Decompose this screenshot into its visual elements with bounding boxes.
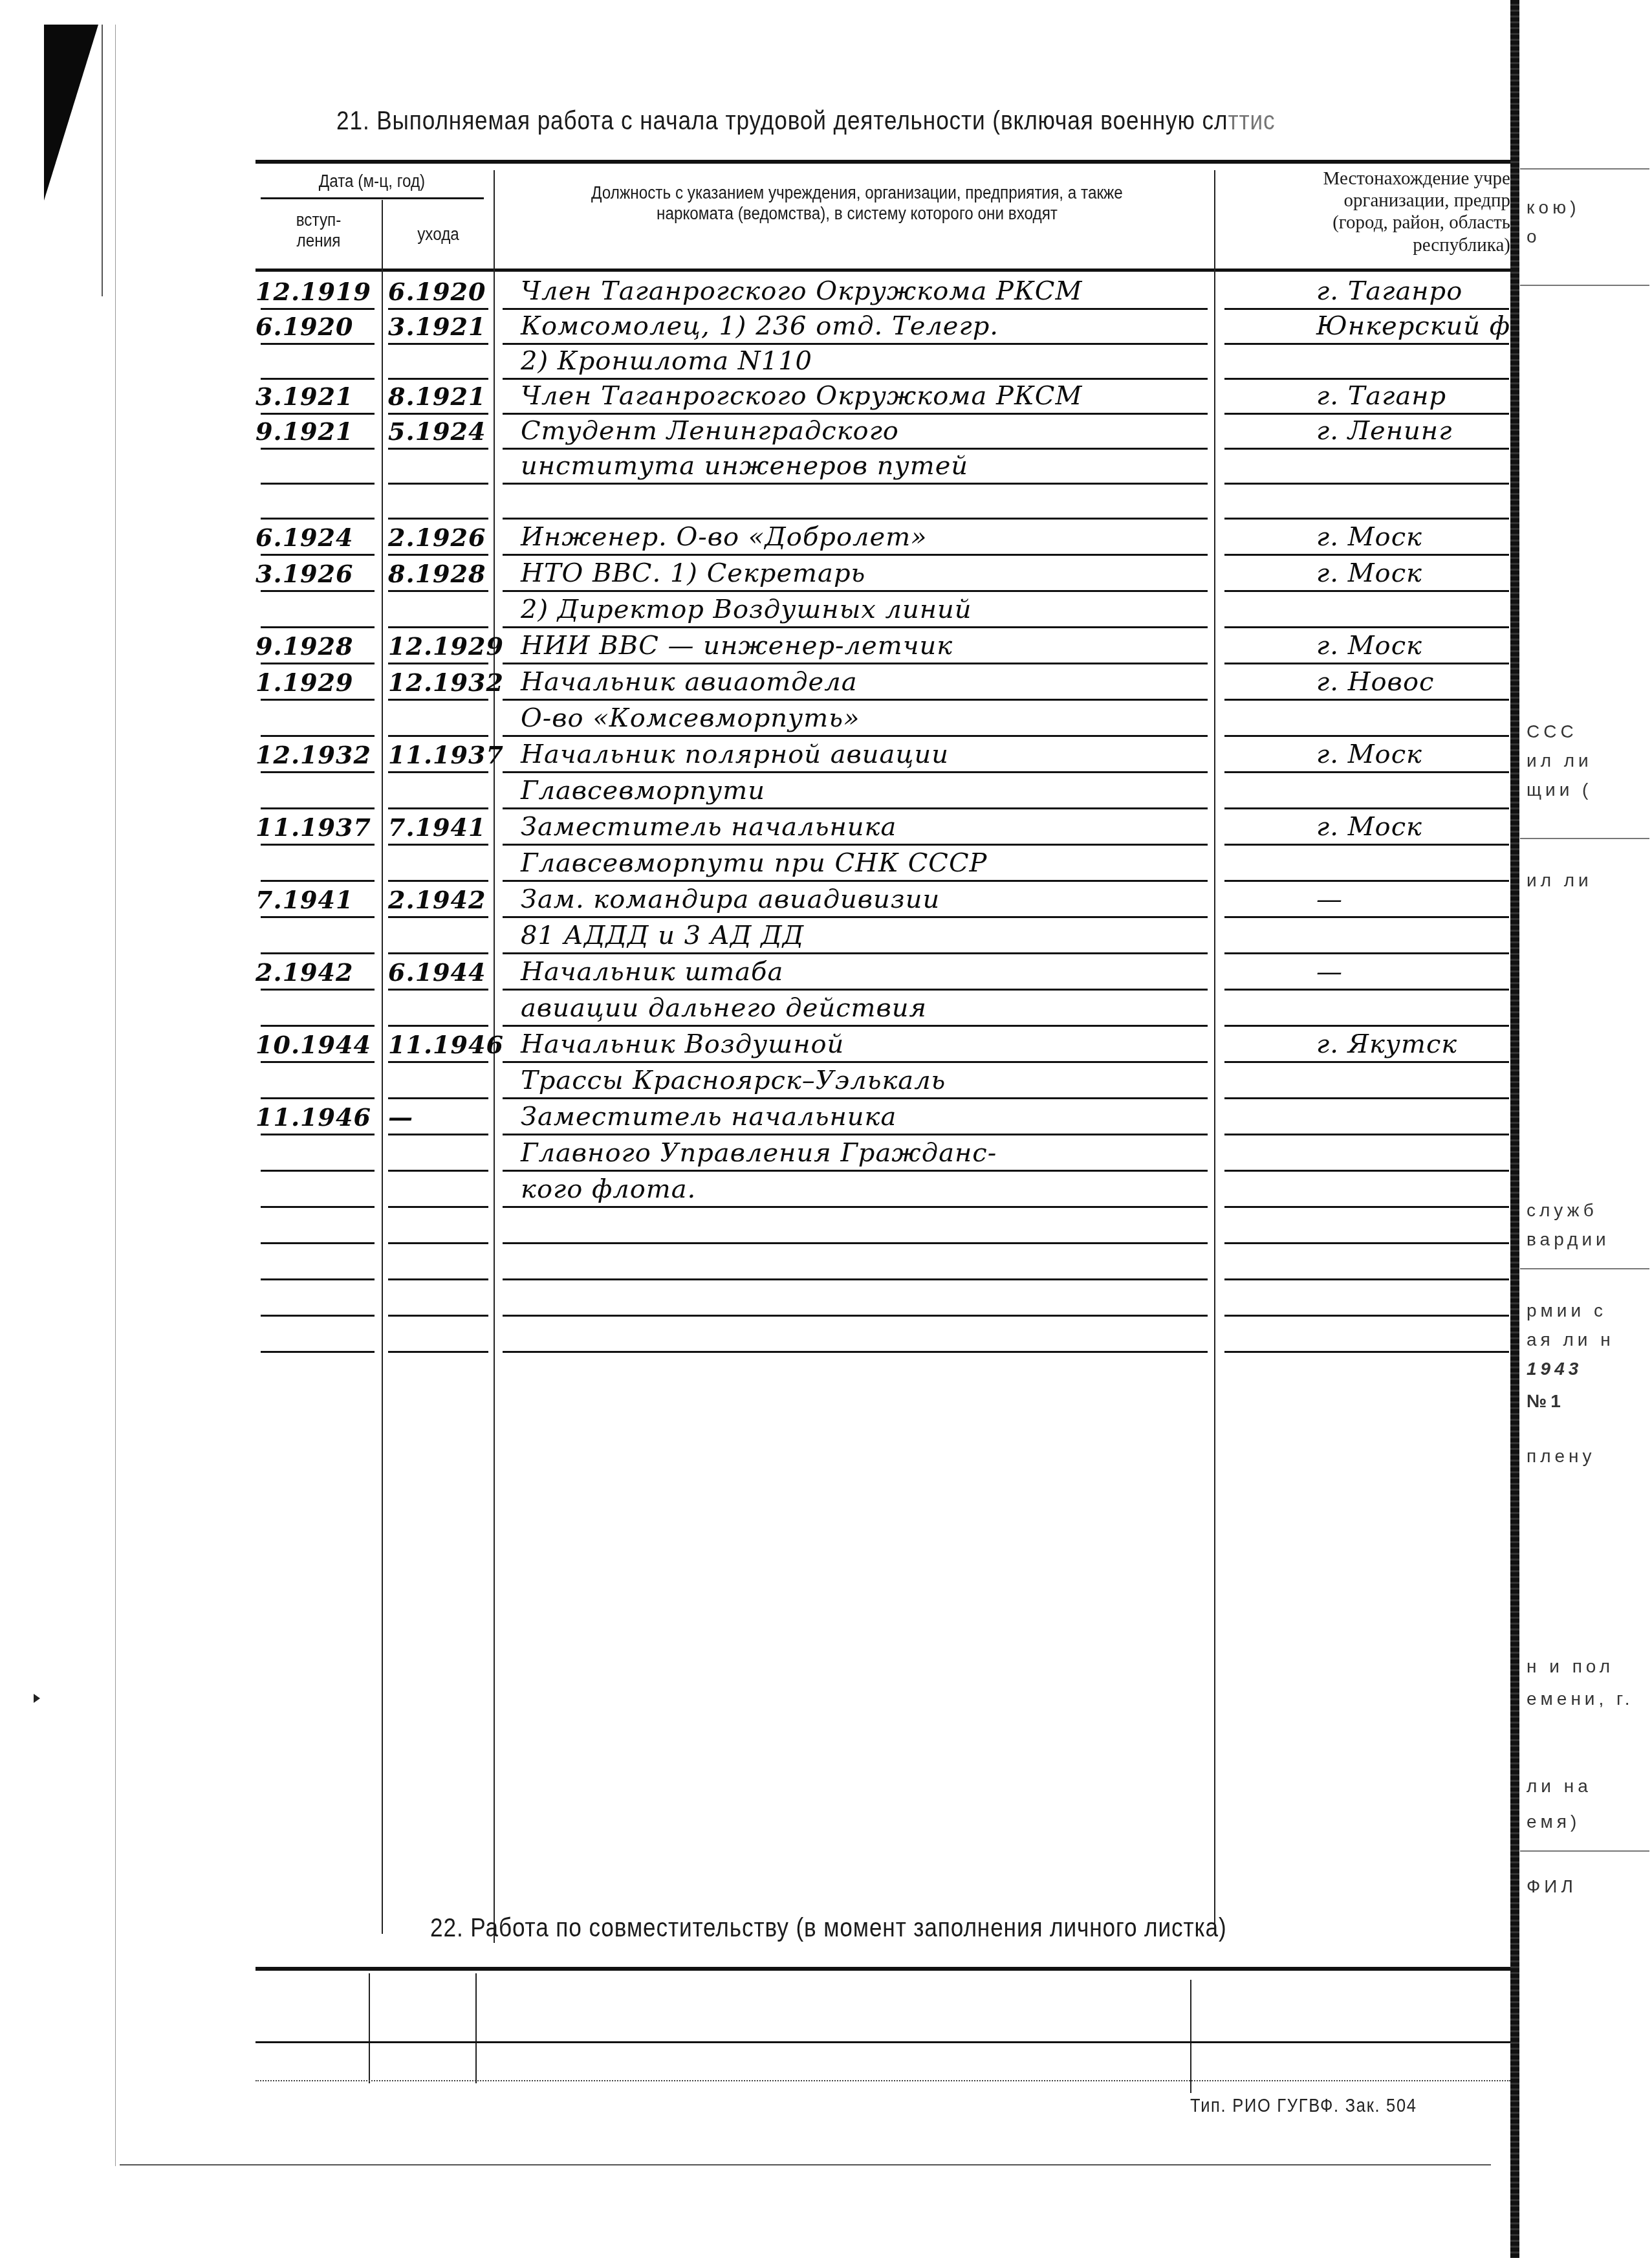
header-start: вступ- ления: [265, 210, 373, 252]
s22-col-divider: [1190, 1980, 1191, 2093]
row-rule-start: [261, 1025, 375, 1027]
row-rule-start: [261, 626, 375, 628]
bleed-rule: [1520, 285, 1649, 286]
row-rule-end: [388, 1315, 488, 1317]
row-rule-start: [261, 1351, 375, 1353]
row-rule-position: [503, 590, 1208, 592]
location-cell: г. Моск: [1316, 740, 1422, 769]
date-group-rule: [261, 197, 484, 199]
row-rule-start: [261, 1097, 375, 1099]
table-row: института инженеров путей: [255, 450, 1510, 485]
row-rule-position: [503, 844, 1208, 846]
row-rule-end: [388, 844, 488, 846]
location-cell: Юнкерский ф: [1316, 311, 1510, 341]
position-cell: Зам. командира авиадивизии: [521, 884, 940, 914]
bleed-text: ли на: [1527, 1776, 1649, 1797]
bleed-rule: [1520, 1850, 1649, 1852]
location-cell: —: [1316, 957, 1343, 987]
row-rule-location: [1224, 663, 1509, 664]
table-row: [255, 1318, 1510, 1353]
row-rule-start: [261, 1242, 375, 1244]
start-date-cell: 12.1919: [255, 277, 371, 306]
row-rule-location: [1224, 844, 1509, 846]
page-edge-line: [115, 25, 116, 2166]
position-cell: Трассы Красноярск–Уэлькаль: [521, 1066, 946, 1095]
section-21-title: 21. Выполняемая работа с начала трудовой…: [336, 107, 1275, 136]
table-top-rule: [255, 160, 1510, 164]
bleed-text: емени, г.: [1527, 1689, 1649, 1709]
start-date-cell: 3.1921: [255, 382, 353, 411]
start-date-cell: 11.1937: [255, 813, 371, 842]
s22-col-divider: [475, 1973, 477, 2083]
table-row: Главсевморпути при СНК СССР: [255, 847, 1510, 882]
position-cell: Начальник авиаотдела: [521, 667, 858, 697]
row-rule-location: [1224, 1061, 1509, 1063]
bleed-text: кою): [1527, 197, 1649, 218]
row-rule-position: [503, 1206, 1208, 1208]
page-bottom-edge: [120, 2164, 1491, 2165]
row-rule-end: [388, 1061, 488, 1063]
row-rule-start: [261, 663, 375, 664]
row-rule-location: [1224, 1097, 1509, 1099]
row-rule-end: [388, 880, 488, 882]
row-rule-end: [388, 626, 488, 628]
row-rule-start: [261, 1170, 375, 1172]
row-rule-location: [1224, 807, 1509, 809]
location-cell: г. Моск: [1316, 631, 1422, 661]
position-cell: 2) Директор Воздушных линий: [521, 595, 972, 624]
row-rule-start: [261, 1061, 375, 1063]
row-rule-location: [1224, 626, 1509, 628]
position-cell: Начальник Воздушной: [521, 1029, 844, 1059]
position-cell: Инженер. О-во «Добролет»: [521, 522, 928, 552]
location-cell: —: [1316, 884, 1343, 914]
table-row: 3.19218.1921Член Таганрогского Окружкома…: [255, 380, 1510, 415]
bleed-text: щии (: [1527, 780, 1649, 800]
row-rule-end: [388, 663, 488, 664]
bleed-text: ая ли н: [1527, 1330, 1649, 1350]
table-row: 9.192812.1929НИИ ВВС — инженер-летчикг. …: [255, 630, 1510, 664]
table-row: авиации дальнего действия: [255, 992, 1510, 1027]
table-row: [255, 1209, 1510, 1244]
table-row: 3.19268.1928НТО ВВС. 1) Секретарьг. Моск: [255, 557, 1510, 592]
start-date-cell: 11.1946: [255, 1102, 371, 1132]
bleed-rule: [1520, 1268, 1649, 1269]
row-rule-end: [388, 1242, 488, 1244]
row-rule-start: [261, 916, 375, 918]
position-cell: Заместитель начальника: [521, 812, 897, 842]
table-row: 11.19377.1941Заместитель начальникаг. Мо…: [255, 811, 1510, 846]
bleed-text: н и пол: [1527, 1656, 1649, 1677]
end-date-cell: 3.1921: [388, 312, 486, 341]
row-rule-start: [261, 807, 375, 809]
position-cell: НИИ ВВС — инженер-летчик: [521, 631, 953, 661]
section-22-title: 22. Работа по совместительству (в момент…: [430, 1914, 1227, 1943]
end-date-cell: 2.1926: [388, 523, 486, 552]
bleed-text: 1943: [1527, 1359, 1649, 1379]
location-cell: г. Ленинг: [1316, 416, 1452, 446]
bleed-text: емя): [1527, 1812, 1649, 1832]
row-rule-start: [261, 771, 375, 773]
row-rule-location: [1224, 916, 1509, 918]
row-rule-position: [503, 1170, 1208, 1172]
end-date-cell: 5.1924: [388, 417, 486, 446]
start-date-cell: 10.1944: [255, 1030, 371, 1059]
row-rule-end: [388, 1097, 488, 1099]
position-cell: НТО ВВС. 1) Секретарь: [521, 558, 865, 588]
header-end: ухода: [390, 225, 486, 245]
position-cell: института инженеров путей: [521, 451, 968, 481]
row-rule-location: [1224, 1315, 1509, 1317]
row-rule-location: [1224, 1206, 1509, 1208]
position-cell: Главного Управления Гражданс-: [521, 1138, 997, 1168]
table-row: 11.1946—Заместитель начальника: [255, 1101, 1510, 1135]
row-rule-end: [388, 735, 488, 737]
row-rule-position: [503, 1278, 1208, 1280]
row-rule-position: [503, 807, 1208, 809]
row-rule-end: [388, 771, 488, 773]
row-rule-start: [261, 1278, 375, 1280]
scan-edge-line: [102, 25, 103, 296]
row-rule-start: [261, 952, 375, 954]
section-21-title-cut: ттис: [1228, 107, 1275, 135]
end-date-cell: 11.1946: [388, 1030, 504, 1059]
row-rule-end: [388, 916, 488, 918]
bleed-text: плену: [1527, 1446, 1649, 1467]
table-row: 81 АДДД и 3 АД ДД: [255, 919, 1510, 954]
row-rule-end: [388, 1025, 488, 1027]
row-rule-position: [503, 1134, 1208, 1135]
table-row: 12.19196.1920Член Таганрогского Окружком…: [255, 275, 1510, 310]
table-row: [255, 1282, 1510, 1317]
header-bottom-rule: [255, 269, 1510, 272]
header-position: Должность с указанием учреждения, органи…: [560, 183, 1154, 225]
row-rule-position: [503, 518, 1208, 520]
row-rule-position: [503, 916, 1208, 918]
row-rule-end: [388, 554, 488, 556]
row-rule-end: [388, 1278, 488, 1280]
table-row: Трассы Красноярск–Уэлькаль: [255, 1064, 1510, 1099]
position-cell: Заместитель начальника: [521, 1102, 897, 1132]
start-date-cell: 1.1929: [255, 668, 353, 697]
row-rule-position: [503, 699, 1208, 701]
row-rule-end: [388, 807, 488, 809]
row-rule-location: [1224, 1134, 1509, 1135]
end-date-cell: 11.1937: [388, 740, 504, 769]
location-cell: г. Таганро: [1316, 276, 1462, 306]
end-date-cell: 2.1942: [388, 885, 486, 914]
row-rule-location: [1224, 699, 1509, 701]
position-cell: кого флота.: [521, 1174, 696, 1204]
end-date-cell: 12.1929: [388, 631, 504, 661]
start-date-cell: 9.1928: [255, 631, 353, 661]
table-row: 9.19215.1924Студент Ленинградскогог. Лен…: [255, 415, 1510, 450]
row-rule-start: [261, 699, 375, 701]
location-cell: г. Моск: [1316, 812, 1422, 842]
row-rule-position: [503, 771, 1208, 773]
row-rule-end: [388, 590, 488, 592]
header-date-group: Дата (м-ц, год): [273, 171, 471, 192]
table-row: О-во «Комсевморпуть»: [255, 702, 1510, 737]
table-row: 2.19426.1944Начальник штаба—: [255, 956, 1510, 991]
table-row: [255, 1245, 1510, 1280]
row-rule-position: [503, 554, 1208, 556]
bleed-rule: [1520, 168, 1649, 170]
position-cell: Студент Ленинградского: [521, 416, 899, 446]
row-rule-start: [261, 1134, 375, 1135]
bleed-text: ил ли: [1527, 751, 1649, 771]
table-row: 7.19412.1942Зам. командира авиадивизии—: [255, 883, 1510, 918]
row-rule-location: [1224, 1025, 1509, 1027]
row-rule-position: [503, 735, 1208, 737]
position-cell: авиации дальнего действия: [521, 993, 927, 1023]
row-rule-end: [388, 1351, 488, 1353]
bleed-text: служб: [1527, 1200, 1649, 1221]
row-rule-position: [503, 626, 1208, 628]
page-binding-edge: [1510, 0, 1519, 2258]
row-rule-start: [261, 880, 375, 882]
row-rule-position: [503, 1061, 1208, 1063]
start-date-cell: 7.1941: [255, 885, 353, 914]
table-row: 6.19203.1921Комсомолец, 1) 236 отд. Теле…: [255, 310, 1510, 345]
start-date-cell: 2.1942: [255, 958, 353, 987]
location-cell: г. Новос: [1316, 667, 1434, 697]
table-row: 12.193211.1937Начальник полярной авиации…: [255, 738, 1510, 773]
bleed-text: вардии: [1527, 1229, 1649, 1250]
end-date-cell: 6.1944: [388, 958, 486, 987]
s22-col-divider: [369, 1973, 370, 2083]
s22-row-rule: [255, 2041, 1510, 2043]
end-date-cell: 12.1932: [388, 668, 504, 697]
row-rule-location: [1224, 735, 1509, 737]
position-cell: Начальник штаба: [521, 957, 783, 987]
row-rule-end: [388, 518, 488, 520]
row-rule-position: [503, 663, 1208, 664]
row-rule-location: [1224, 518, 1509, 520]
location-cell: г. Моск: [1316, 558, 1422, 588]
start-date-cell: 6.1920: [255, 312, 353, 341]
row-rule-start: [261, 735, 375, 737]
row-rule-position: [503, 1242, 1208, 1244]
row-rule-location: [1224, 880, 1509, 882]
row-rule-location: [1224, 554, 1509, 556]
row-rule-location: [1224, 1351, 1509, 1353]
bleed-rule: [1520, 838, 1649, 839]
row-rule-end: [388, 1134, 488, 1135]
table-row: 1.192912.1932Начальник авиаотделаг. Ново…: [255, 666, 1510, 701]
position-cell: Комсомолец, 1) 236 отд. Телегр.: [521, 311, 999, 341]
end-date-cell: 7.1941: [388, 813, 486, 842]
end-date-cell: 6.1920: [388, 277, 486, 306]
end-date-cell: 8.1928: [388, 559, 486, 588]
row-rule-position: [503, 989, 1208, 991]
position-cell: О-во «Комсевморпуть»: [521, 703, 860, 733]
start-date-cell: 12.1932: [255, 740, 371, 769]
end-date-cell: —: [388, 1102, 413, 1132]
bleed-text: ФИЛ: [1527, 1876, 1649, 1897]
position-cell: Главсевморпути: [521, 776, 765, 806]
row-rule-end: [388, 989, 488, 991]
position-cell: 81 АДДД и 3 АД ДД: [521, 921, 804, 950]
section-22-top-rule: [255, 1967, 1510, 1971]
row-rule-start: [261, 1315, 375, 1317]
bleed-text: о: [1527, 226, 1649, 247]
bleed-text: №1: [1527, 1391, 1649, 1412]
position-cell: Главсевморпути при СНК СССР: [521, 848, 987, 878]
row-rule-start: [261, 989, 375, 991]
start-date-cell: 3.1926: [255, 559, 353, 588]
row-rule-position: [503, 1025, 1208, 1027]
end-date-cell: 8.1921: [388, 382, 486, 411]
position-cell: 2) Кроншлота N110: [521, 346, 812, 376]
position-cell: Начальник полярной авиации: [521, 740, 949, 769]
row-rule-end: [388, 699, 488, 701]
position-cell: Член Таганрогского Окружкома РКСМ: [521, 276, 1082, 306]
bleed-text: ил ли: [1527, 870, 1649, 891]
margin-arrow-mark: [34, 1694, 40, 1703]
row-rule-position: [503, 1351, 1208, 1353]
row-rule-position: [503, 952, 1208, 954]
row-rule-location: [1224, 771, 1509, 773]
s22-bottom-rule: [255, 2080, 1510, 2081]
header-location: Местонахождение учре организации, предпр…: [1226, 168, 1510, 256]
table-row: Главсевморпути: [255, 774, 1510, 809]
row-rule-start: [261, 554, 375, 556]
table-row: 10.194411.1946Начальник Воздушнойг. Якут…: [255, 1028, 1510, 1063]
row-rule-location: [1224, 989, 1509, 991]
location-cell: г. Таганр: [1316, 381, 1446, 411]
row-rule-start: [261, 518, 375, 520]
table-row: 2) Кроншлота N110: [255, 345, 1510, 380]
row-rule-location: [1224, 1242, 1509, 1244]
row-rule-location: [1224, 952, 1509, 954]
start-date-cell: 6.1924: [255, 523, 353, 552]
row-rule-start: [261, 590, 375, 592]
row-rule-end: [388, 1206, 488, 1208]
table-row: [255, 485, 1510, 520]
bleed-text: ССС: [1527, 721, 1649, 742]
row-rule-start: [261, 844, 375, 846]
table-row: 6.19242.1926Инженер. О-во «Добролет»г. М…: [255, 521, 1510, 556]
table-row: кого флота.: [255, 1173, 1510, 1208]
section-21-title-text: 21. Выполняемая работа с начала трудовой…: [336, 107, 1228, 135]
row-rule-position: [503, 1315, 1208, 1317]
position-cell: Член Таганрогского Окружкома РКСМ: [521, 381, 1082, 411]
start-date-cell: 9.1921: [255, 417, 353, 446]
row-rule-end: [388, 1170, 488, 1172]
bleed-text: рмии с: [1527, 1300, 1649, 1321]
row-rule-location: [1224, 1278, 1509, 1280]
table-row: Главного Управления Гражданс-: [255, 1137, 1510, 1172]
location-cell: г. Якутск: [1316, 1029, 1457, 1059]
row-rule-location: [1224, 590, 1509, 592]
row-rule-location: [1224, 1170, 1509, 1172]
location-cell: г. Моск: [1316, 522, 1422, 552]
table-row: 2) Директор Воздушных линий: [255, 593, 1510, 628]
scan-shadow-wedge: [44, 25, 98, 201]
printer-imprint: Тип. РИО ГУГВФ. Зак. 504: [1190, 2095, 1417, 2117]
row-rule-end: [388, 952, 488, 954]
row-rule-start: [261, 1206, 375, 1208]
row-rule-position: [503, 880, 1208, 882]
row-rule-position: [503, 1097, 1208, 1099]
